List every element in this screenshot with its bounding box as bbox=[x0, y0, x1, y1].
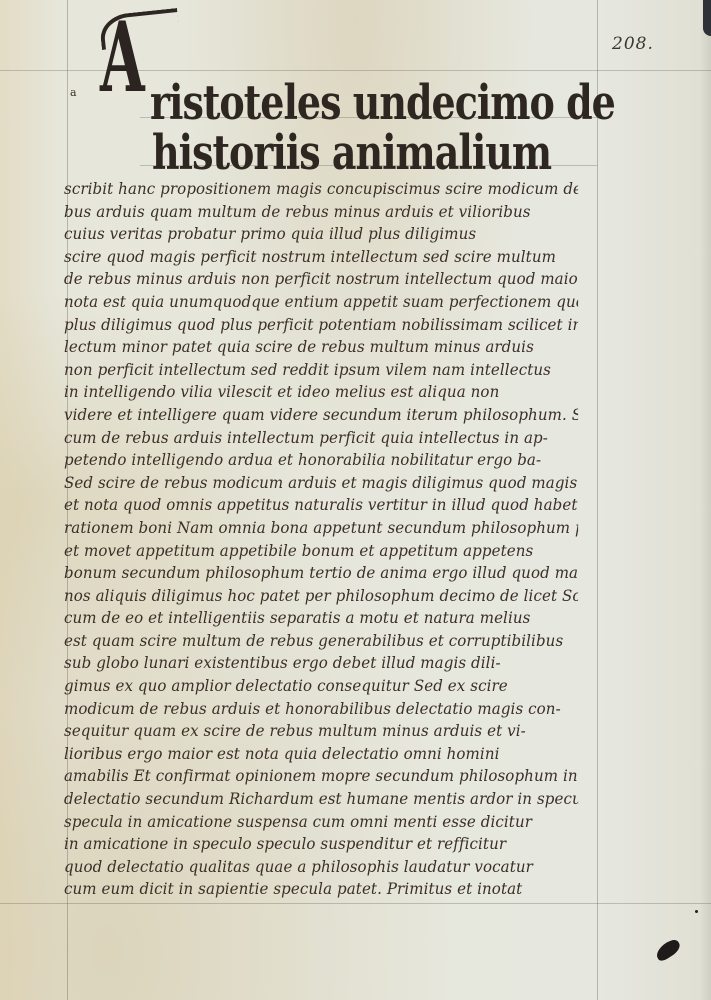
text-line: sequitur quam ex scire de rebus multum m… bbox=[64, 720, 578, 743]
text-line: cum de eo et intelligentiis separatis a … bbox=[64, 607, 578, 630]
text-line: gimus ex quo amplior delectatio consequi… bbox=[64, 675, 578, 698]
text-line: bus arduis quam multum de rebus minus ar… bbox=[64, 201, 578, 224]
text-line: delectatio secundum Richardum est humane… bbox=[64, 788, 578, 811]
text-line: et nota quod omnis appetitus naturalis v… bbox=[64, 494, 578, 517]
text-line: et movet appetitum appetibile bonum et a… bbox=[64, 540, 578, 563]
text-line: rationem boni Nam omnia bona appetunt se… bbox=[64, 517, 578, 540]
folio-number: 208. bbox=[612, 34, 654, 54]
marginal-mark: a bbox=[70, 86, 77, 99]
ink-stain-fragment bbox=[670, 940, 678, 946]
manuscript-page: 208. a A ristoteles undecimo de historii… bbox=[0, 0, 711, 1000]
text-line: cuius veritas probatur primo quia illud … bbox=[64, 223, 578, 246]
heading-line-2: historiis animalium bbox=[152, 124, 551, 180]
text-line: in amicatione in speculo speculo suspend… bbox=[64, 833, 578, 856]
text-line: scribit hanc propositionem magis concupi… bbox=[64, 178, 578, 201]
manuscript-body: scribit hanc propositionem magis concupi… bbox=[64, 178, 594, 901]
text-line: non perficit intellectum sed reddit ipsu… bbox=[64, 359, 578, 382]
heading-line-1: ristoteles undecimo de bbox=[150, 74, 615, 130]
margin-ruling-right bbox=[597, 0, 598, 1000]
ink-stain bbox=[653, 937, 682, 963]
text-line: plus diligimus quod plus perficit potent… bbox=[64, 314, 578, 337]
decorated-initial: A bbox=[100, 10, 145, 106]
text-line: modicum de rebus arduis et honorabilibus… bbox=[64, 698, 578, 721]
bottom-ruling bbox=[0, 903, 711, 904]
text-line: bonum secundum philosophum tertio de ani… bbox=[64, 562, 578, 585]
ink-dot bbox=[695, 910, 698, 913]
text-line: est quam scire multum de rebus generabil… bbox=[64, 630, 578, 653]
page-corner-shadow bbox=[703, 0, 711, 36]
text-line: amabilis Et confirmat opinionem mopre se… bbox=[64, 765, 578, 788]
text-line: de rebus minus arduis non perficit nostr… bbox=[64, 268, 578, 291]
text-line: lectum minor patet quia scire de rebus m… bbox=[64, 336, 578, 359]
text-line: sub globo lunari existentibus ergo debet… bbox=[64, 652, 578, 675]
text-line: petendo intelligendo ardua et honorabili… bbox=[64, 449, 578, 472]
text-line: scire quod magis perficit nostrum intell… bbox=[64, 246, 578, 269]
text-line: lioribus ergo maior est nota quia delect… bbox=[64, 743, 578, 766]
text-line: nota est quia unumquodque entium appetit… bbox=[64, 291, 578, 314]
text-line: cum de rebus arduis intellectum perficit… bbox=[64, 427, 578, 450]
text-line: nos aliquis diligimus hoc patet per phil… bbox=[64, 585, 578, 608]
text-line: cum eum dicit in sapientie specula patet… bbox=[64, 878, 578, 901]
text-line: in intelligendo vilia vilescit et ideo m… bbox=[64, 381, 578, 404]
text-line: quod delectatio qualitas quae a philosop… bbox=[64, 856, 578, 879]
text-line: videre et intelligere quam videre secund… bbox=[64, 404, 578, 427]
text-line: specula in amicatione suspensa cum omni … bbox=[64, 811, 578, 834]
text-line: Sed scire de rebus modicum arduis et mag… bbox=[64, 472, 578, 495]
